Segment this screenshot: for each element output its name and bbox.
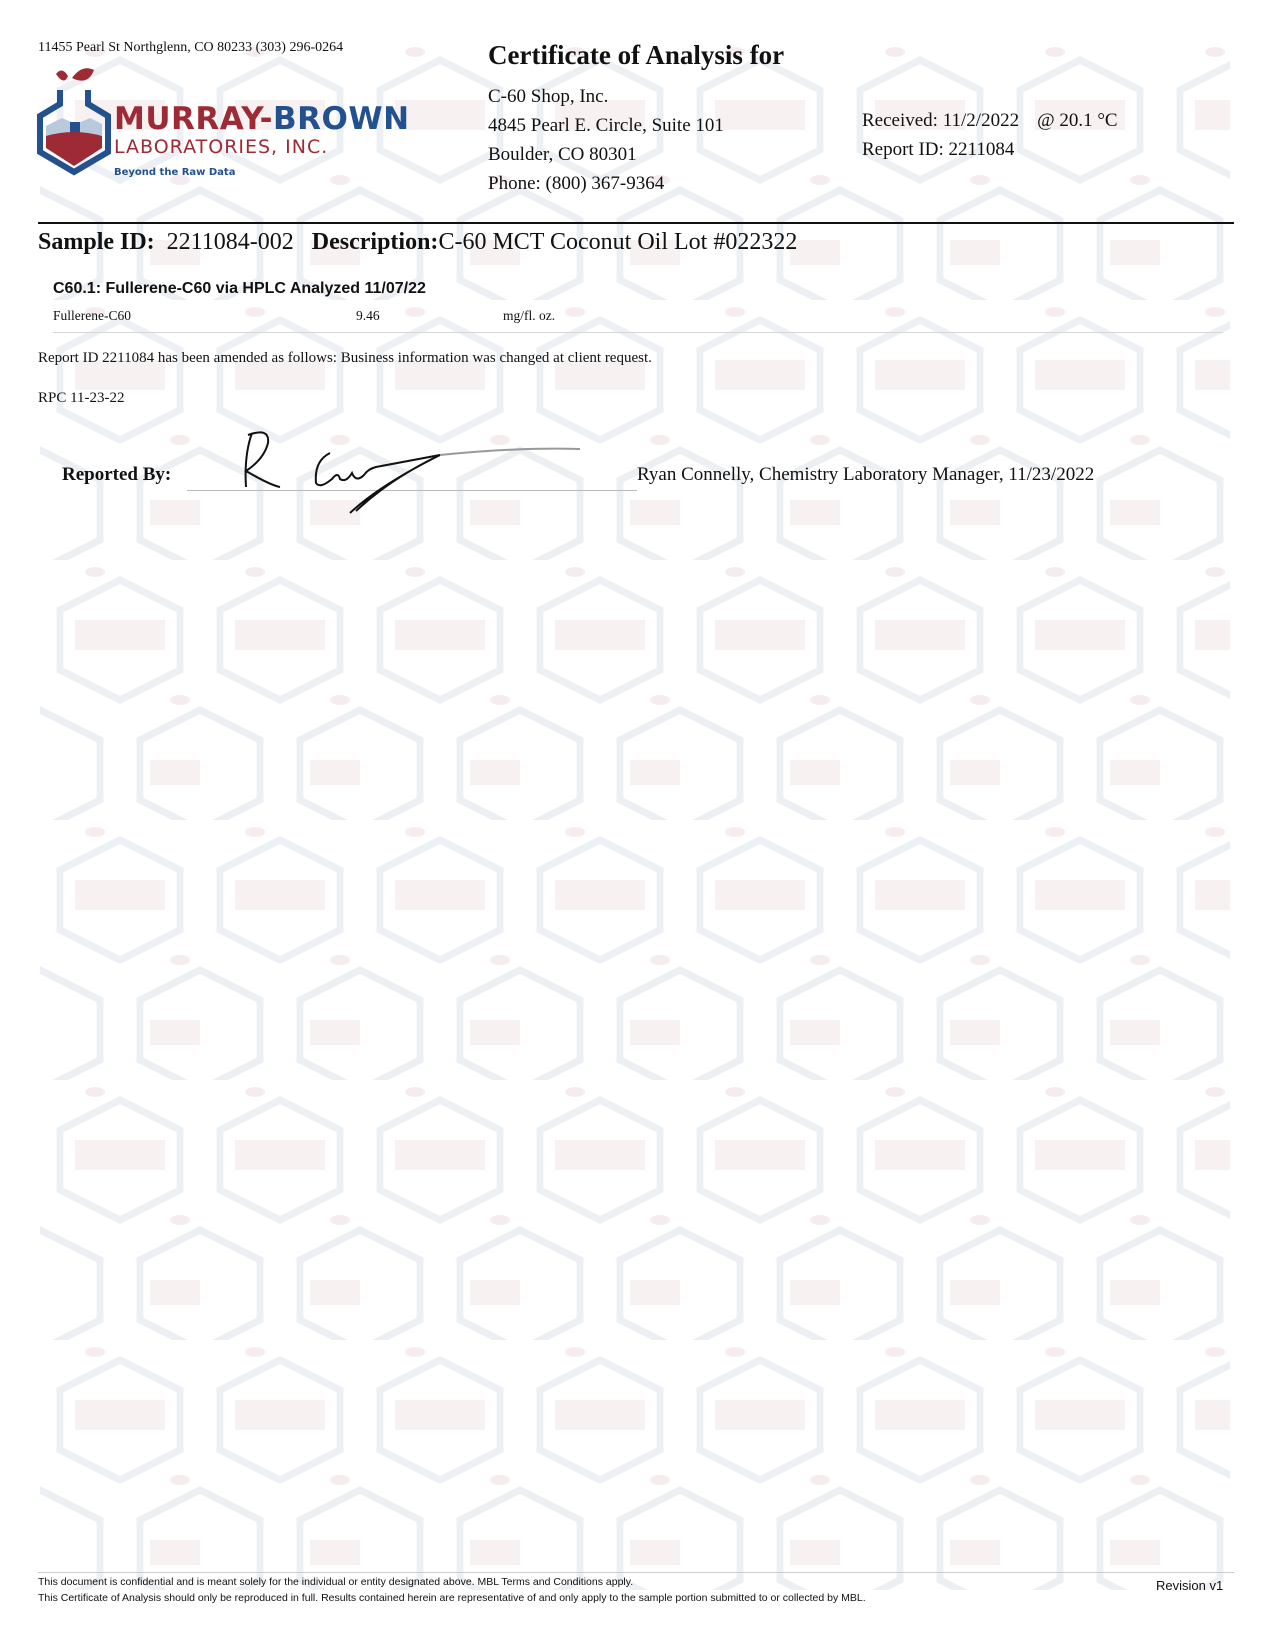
sample-description: C-60 MCT Coconut Oil Lot #022322 — [438, 229, 797, 255]
lab-address: 11455 Pearl St Northglenn, CO 80233 (303… — [38, 40, 343, 56]
signer-name: Ryan Connelly, Chemistry Laboratory Mana… — [637, 464, 1094, 486]
received-label: Received: — [862, 110, 938, 131]
client-phone: Phone: (800) 367-9364 — [488, 169, 724, 198]
flask-logo-icon — [36, 66, 112, 176]
method-title: C60.1: Fullerene-C60 via HPLC Analyzed 1… — [53, 280, 426, 298]
lab-subtitle: LABORATORIES, INC. — [114, 138, 328, 157]
received-temp: @ 20.1 °C — [1037, 110, 1118, 131]
lab-tagline: Beyond the Raw Data — [114, 167, 235, 178]
header-divider — [38, 222, 1234, 224]
analyte-unit: mg/fl. oz. — [503, 308, 555, 324]
analyte-value: 9.46 — [356, 308, 380, 324]
description-label: Description: — [312, 229, 439, 255]
watermark-pattern — [40, 40, 1230, 1590]
amendment-note: Report ID 2211084 has been amended as fo… — [38, 350, 652, 367]
signature-icon — [240, 425, 620, 525]
reported-by-label: Reported By: — [62, 464, 171, 486]
footer-reproduction: This Certificate of Analysis should only… — [38, 1592, 866, 1604]
footer-confidentiality: This document is confidential and is mea… — [38, 1576, 633, 1588]
client-name: C-60 Shop, Inc. — [488, 82, 724, 111]
lab-name: MURRAY-BROWN — [114, 104, 410, 135]
receipt-info: Received: 11/2/2022@ 20.1 °C Report ID: … — [862, 106, 1118, 164]
revision-label: Revision v1 — [1156, 1578, 1223, 1593]
sample-id-label: Sample ID: — [38, 229, 155, 255]
client-street: 4845 Pearl E. Circle, Suite 101 — [488, 111, 724, 140]
table-row: Fullerene-C60 9.46 mg/fl. oz. — [53, 306, 1223, 333]
client-info: C-60 Shop, Inc. 4845 Pearl E. Circle, Su… — [488, 82, 724, 198]
analyte-name: Fullerene-C60 — [53, 308, 131, 324]
received-date: 11/2/2022 — [943, 110, 1019, 131]
report-id: 2211084 — [949, 139, 1015, 160]
client-city: Boulder, CO 80301 — [488, 140, 724, 169]
amendment-initials: RPC 11-23-22 — [38, 390, 125, 407]
report-id-label: Report ID: — [862, 139, 944, 160]
sample-id: 2211084-002 — [167, 229, 294, 255]
sample-header: Sample ID: 2211084-002 Description:C-60 … — [38, 229, 797, 256]
certificate-title: Certificate of Analysis for — [488, 40, 784, 71]
lab-logo: MURRAY-BROWN LABORATORIES, INC. Beyond t… — [36, 66, 416, 186]
footer-divider — [38, 1572, 1234, 1573]
